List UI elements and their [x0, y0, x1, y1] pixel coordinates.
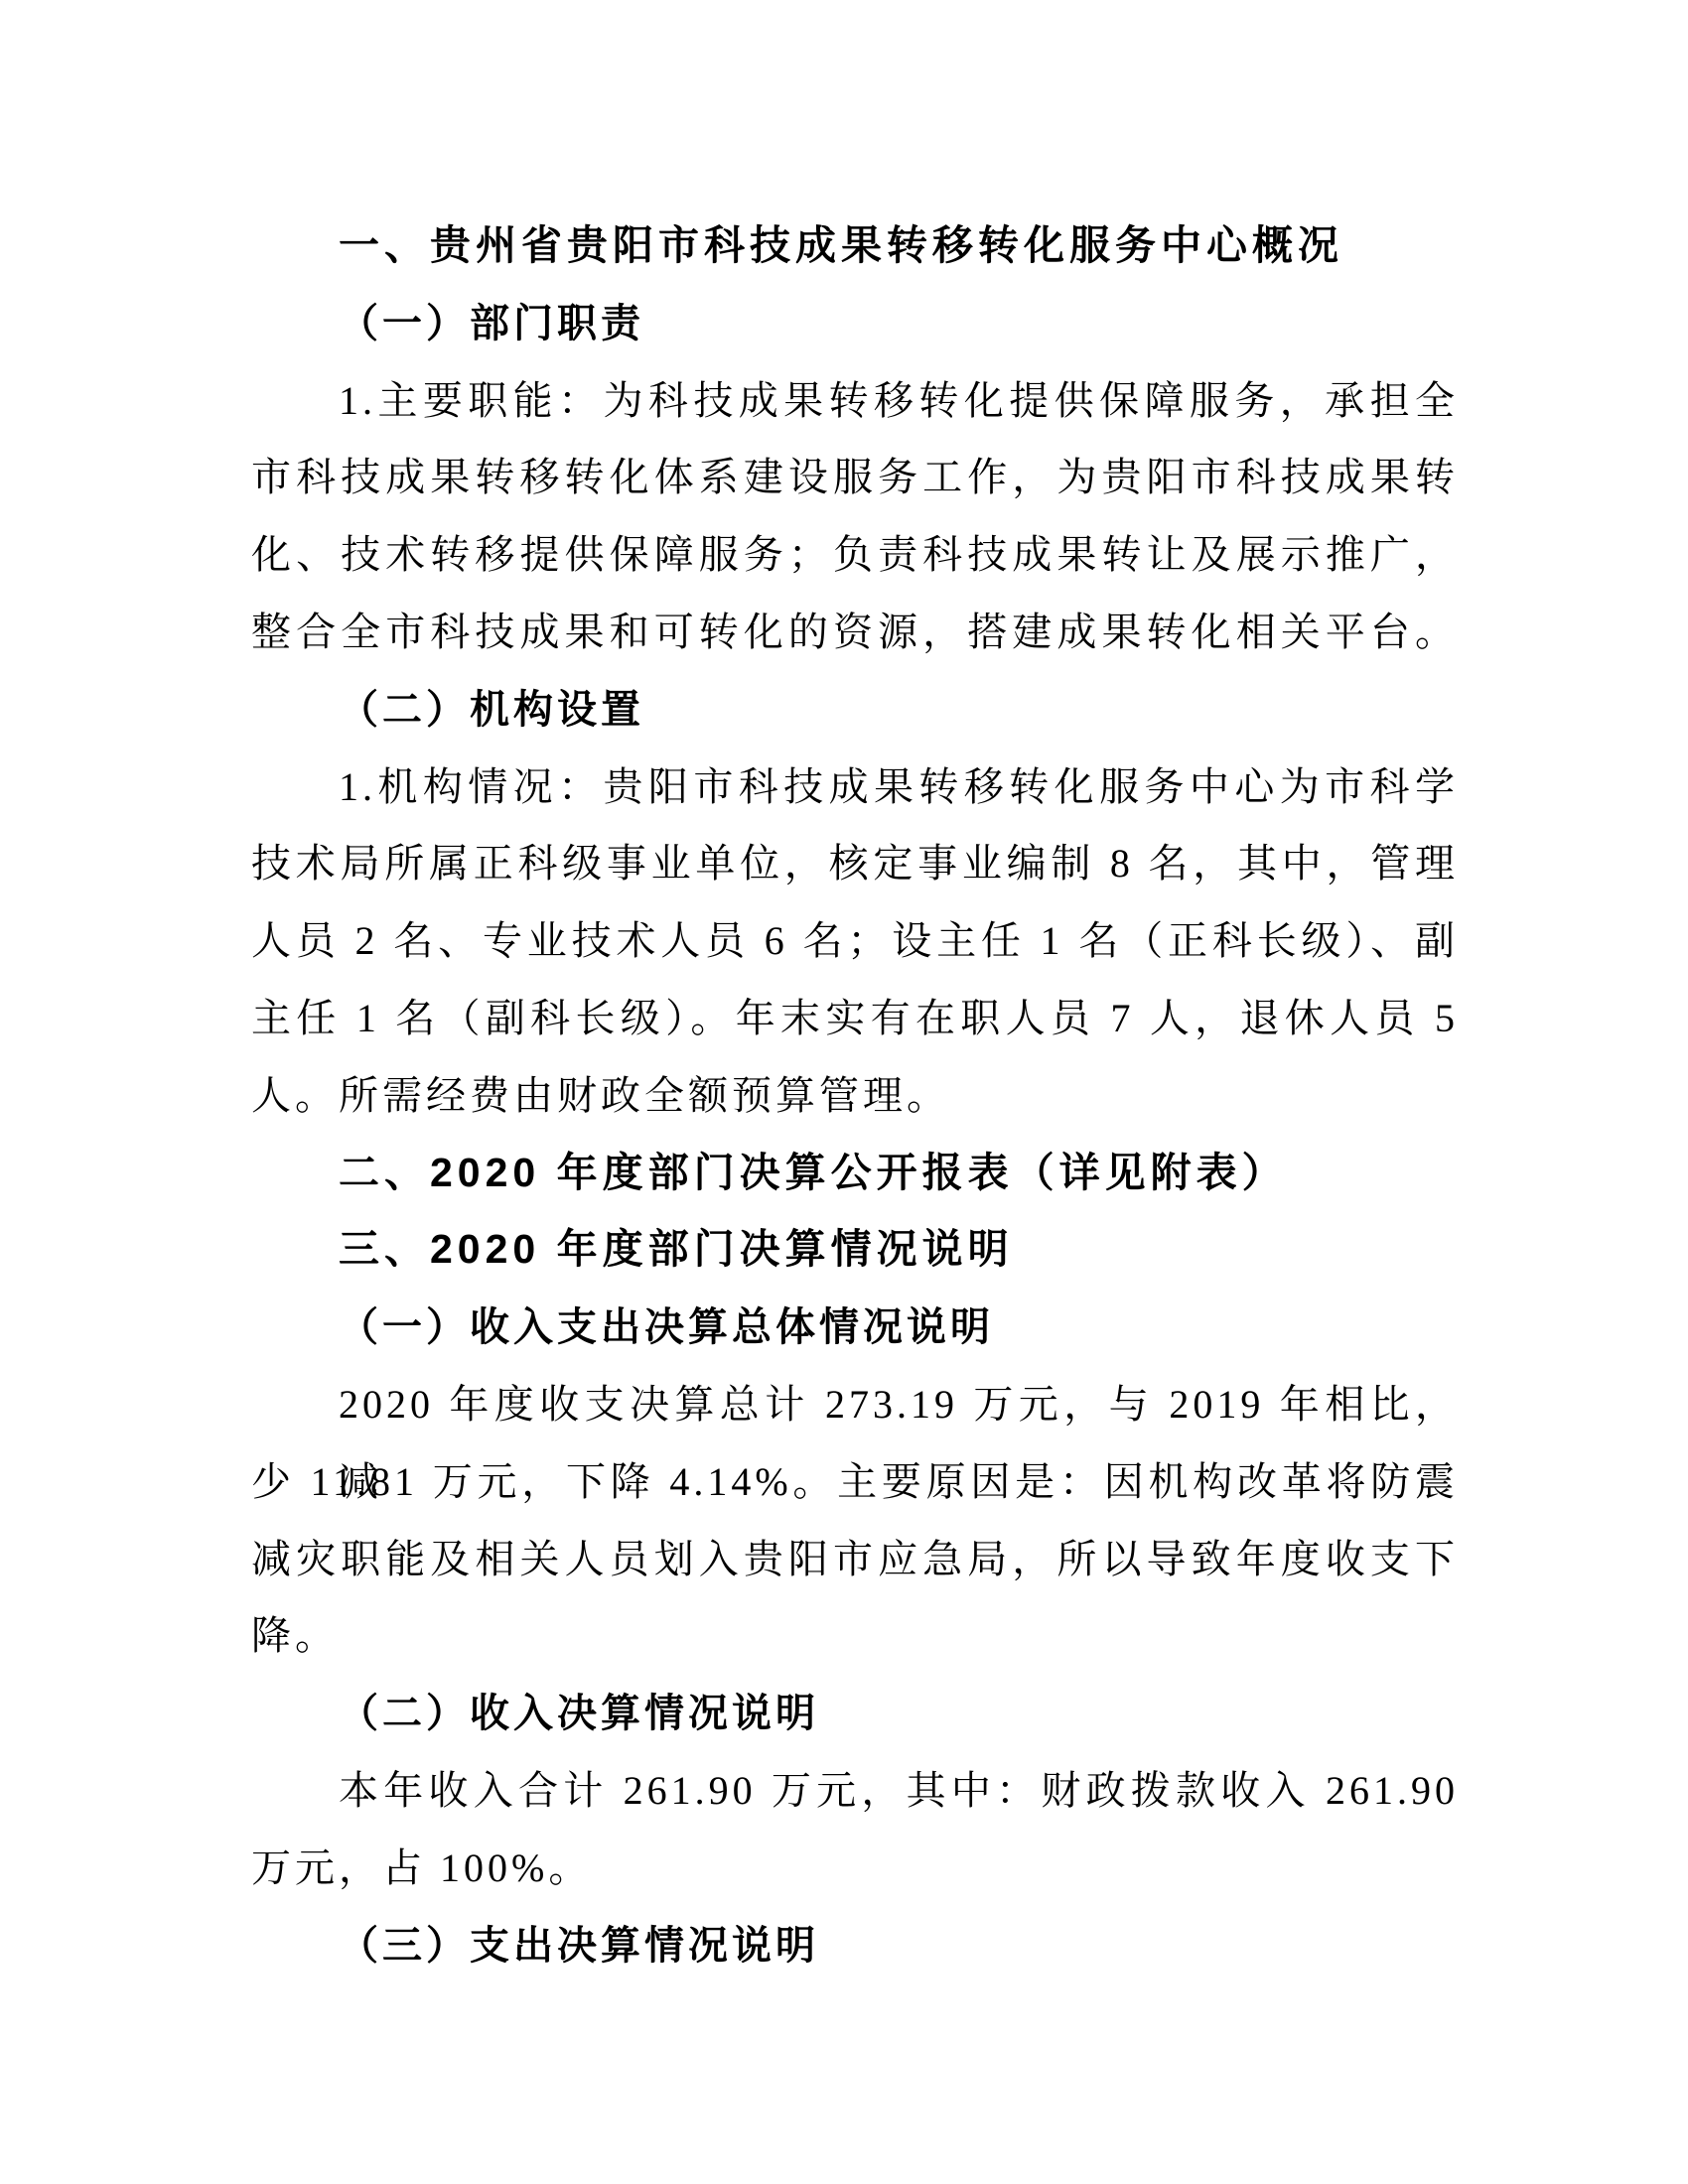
duties-para-line-4: 整合全市科技成果和可转化的资源，搭建成果转化相关平台。 — [251, 594, 1459, 671]
section-1-1-heading: （一）部门职责 — [251, 285, 1459, 362]
budget-overview-line-3: 减灾职能及相关人员划入贵阳市应急局，所以导致年度收支下 — [251, 1521, 1459, 1598]
document-page: 一、贵州省贵阳市科技成果转移转化服务中心概况 （一）部门职责 1.主要职能：为科… — [0, 0, 1688, 2184]
part-3-heading: 三、2020 年度部门决算情况说明 — [251, 1211, 1459, 1289]
section-3-3-heading: （三）支出决算情况说明 — [251, 1907, 1459, 1984]
org-para-line-1: 1.机构情况：贵阳市科技成果转移转化服务中心为市科学 — [251, 749, 1459, 826]
duties-para-line-2: 市科技成果转移转化体系建设服务工作，为贵阳市科技成果转 — [251, 439, 1459, 516]
budget-overview-line-2: 少 11.81 万元，下降 4.14%。主要原因是：因机构改革将防震 — [251, 1443, 1459, 1521]
budget-overview-line-1: 2020 年度收支决算总计 273.19 万元，与 2019 年相比，减 — [251, 1366, 1459, 1443]
duties-para-line-1: 1.主要职能：为科技成果转移转化提供保障服务，承担全 — [251, 362, 1459, 440]
budget-overview-line-4: 降。 — [251, 1597, 1459, 1675]
org-para-line-2: 技术局所属正科级事业单位，核定事业编制 8 名，其中，管理 — [251, 825, 1459, 902]
revenue-line-2: 万元，占 100%。 — [251, 1830, 1459, 1907]
org-para-line-5: 人。所需经费由财政全额预算管理。 — [251, 1057, 1459, 1135]
revenue-line-1: 本年收入合计 261.90 万元，其中：财政拨款收入 261.90 — [251, 1752, 1459, 1830]
section-3-2-heading: （二）收入决算情况说明 — [251, 1675, 1459, 1752]
section-1-2-heading: （二）机构设置 — [251, 671, 1459, 749]
org-para-line-4: 主任 1 名（副科长级）。年末实有在职人员 7 人，退休人员 5 — [251, 980, 1459, 1057]
org-para-line-3: 人员 2 名、专业技术人员 6 名；设主任 1 名（正科长级）、副 — [251, 902, 1459, 980]
document-body: 一、贵州省贵阳市科技成果转移转化服务中心概况 （一）部门职责 1.主要职能：为科… — [251, 207, 1459, 1983]
part-2-heading: 二、2020 年度部门决算公开报表（详见附表） — [251, 1135, 1459, 1212]
section-3-1-heading: （一）收入支出决算总体情况说明 — [251, 1289, 1459, 1366]
part-1-heading: 一、贵州省贵阳市科技成果转移转化服务中心概况 — [251, 207, 1459, 285]
duties-para-line-3: 化、技术转移提供保障服务；负责科技成果转让及展示推广， — [251, 516, 1459, 594]
